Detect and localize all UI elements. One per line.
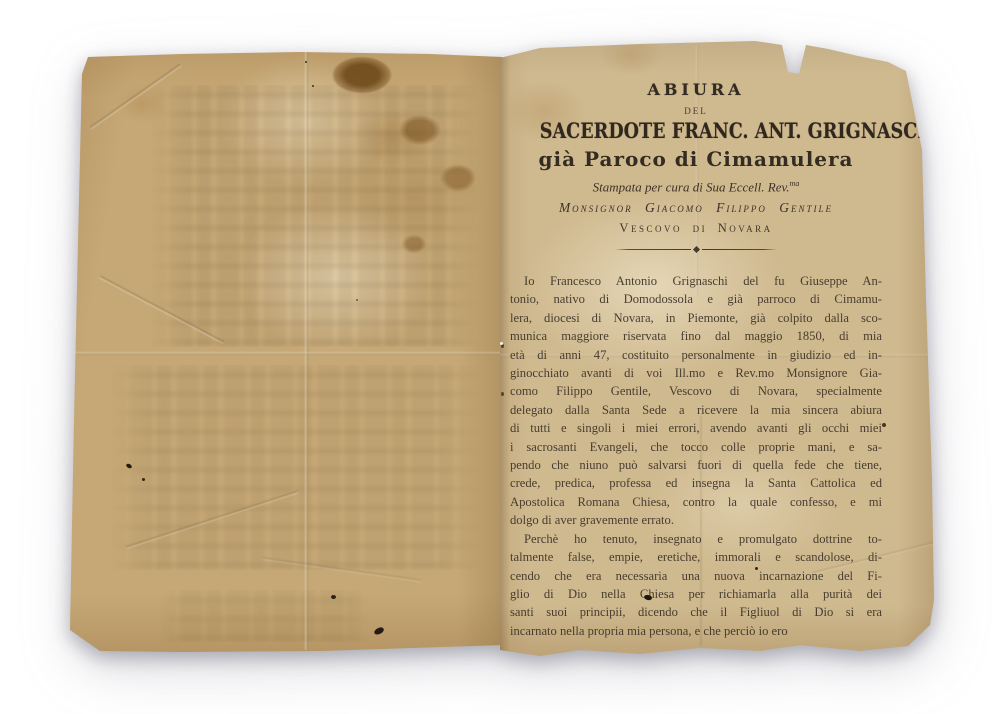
title-imprint-line: Stampata per cura di Sua Eccell. Rev.ma: [510, 179, 882, 195]
body-text: Io Francesco Antonio Grignaschi del fu G…: [510, 272, 882, 640]
imprint-text: Stampata per cura di Sua Eccell. Rev.: [593, 179, 790, 194]
text-line: munica maggiore riservata fino dal maggi…: [510, 327, 882, 345]
divider-diamond-ornament: [692, 246, 699, 253]
divider-rule-right: [702, 249, 778, 251]
title-author-line: SACERDOTE FRANC. ANT. GRIGNASCHI: [540, 118, 852, 143]
photo-canvas: ABIURA DEL SACERDOTE FRANC. ANT. GRIGNAS…: [0, 0, 1000, 714]
text-line: talmente false, empie, eretiche, immoral…: [510, 548, 882, 566]
text-line: glio di Dio nella Chiesa per richiamarla…: [510, 585, 882, 603]
pin-dot: [356, 299, 358, 301]
text-line: cendo che era necessaria una nuova incar…: [510, 567, 882, 585]
text-line: Perchè ho tenuto, insegnato e promulgato…: [510, 530, 882, 548]
divider-rule-left: [615, 249, 691, 251]
bleed-through-text: [110, 365, 482, 570]
title-subheading: DEL: [510, 106, 882, 116]
left-page: [62, 48, 502, 654]
text-line: lera, diocesi di Novara, in Piemonte, gi…: [510, 309, 882, 327]
title-heading: ABIURA: [510, 80, 882, 99]
pin-dot: [305, 61, 307, 63]
imprint-superscript: ma: [790, 179, 800, 188]
text-line: crede, predica, professa ed insegna la S…: [510, 474, 882, 492]
title-see-line: Vescovo di Novara: [510, 221, 882, 236]
pamphlet-sheet: ABIURA DEL SACERDOTE FRANC. ANT. GRIGNAS…: [0, 0, 1000, 714]
text-line: di tutti e singoli i miei errori, avendo…: [510, 419, 882, 437]
text-line: delegato dalla Santa Sede a ricevere la …: [510, 401, 882, 419]
ink-fleck: [331, 595, 336, 599]
stain-speck: [882, 423, 886, 427]
stitch-hole: [501, 392, 504, 396]
title-role-line: già Paroco di Cimamulera: [510, 147, 882, 171]
vertical-fold-crease: [305, 52, 308, 650]
ornamental-divider: [615, 247, 777, 252]
title-bishop-line: Monsignor Giacomo Filippo Gentile: [510, 200, 882, 216]
text-line: Apostolica Romana Chiesa, contro la qual…: [510, 493, 882, 511]
bleed-through-text: [160, 590, 370, 642]
text-line: tonio, nativo di Domodossola e già parro…: [510, 290, 882, 308]
text-line: incarnato nella propria mia persona, e c…: [510, 622, 882, 640]
text-line: pendo che niuno può salvarsi fuori di qu…: [510, 456, 882, 474]
bleed-through-text: [150, 85, 480, 347]
horizontal-fold-crease: [62, 352, 502, 355]
text-line: i sacrosanti Evangeli, che tocco colle p…: [510, 438, 882, 456]
tear-crack: [894, 51, 928, 78]
text-line: como Filippo Gentile, Vescovo di Novara,…: [510, 382, 882, 400]
stain-speck: [755, 567, 758, 570]
pin-dot: [312, 85, 314, 87]
right-page: ABIURA DEL SACERDOTE FRANC. ANT. GRIGNAS…: [500, 36, 938, 661]
text-line: dolgo di aver gravemente errato.: [510, 511, 882, 529]
text-line: Io Francesco Antonio Grignaschi del fu G…: [510, 272, 882, 290]
text-line: ginocchiato avanti di voi Ill.mo e Rev.m…: [510, 364, 882, 382]
pin-hole: [500, 342, 503, 345]
text-line: santi suoi principii, dicendo che il Fig…: [510, 603, 882, 621]
ink-fleck: [142, 478, 145, 481]
text-line: età di anni 47, costituito personalmente…: [510, 346, 882, 364]
